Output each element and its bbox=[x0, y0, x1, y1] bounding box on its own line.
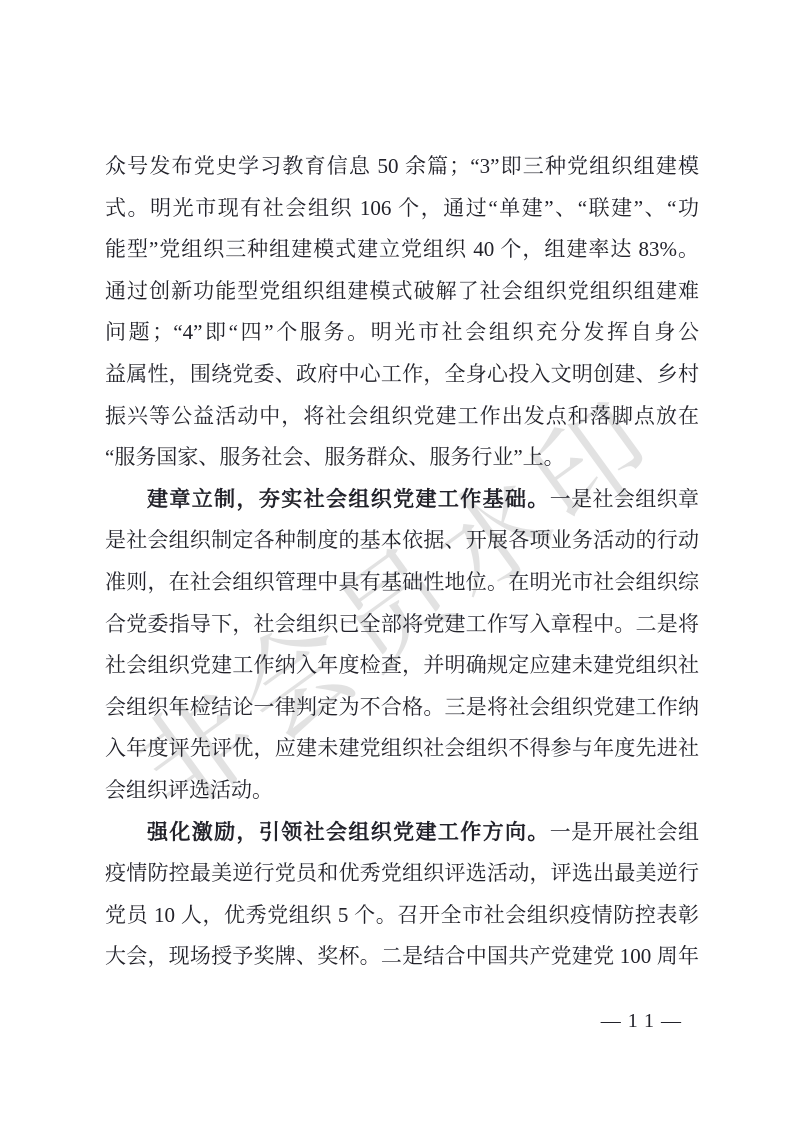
text-line: 益属性，围绕党委、政府中心工作，全身心投入文明创建、乡村 bbox=[105, 354, 699, 396]
heading-run: 建章立制，夯实社会组织党建工作基础。 bbox=[147, 487, 550, 511]
text-run: 社会组织党建工作纳入年度检查，并明确规定应建未建党组织社 bbox=[105, 653, 699, 677]
text-run: 式。明光市现有社会组织 106 个，通过“单建”、“联建”、“功 bbox=[105, 196, 699, 220]
text-line: 振兴等公益活动中，将社会组织党建工作出发点和落脚点放在 bbox=[105, 396, 699, 438]
text-run: 疫情防控最美逆行党员和优秀党组织评选活动，评选出最美逆行 bbox=[105, 861, 699, 885]
text-line: 社会组织党建工作纳入年度检查，并明确规定应建未建党组织社 bbox=[105, 645, 699, 687]
text-line: 是社会组织制定各种制度的基本依据、开展各项业务活动的行动 bbox=[105, 520, 699, 562]
text-run: 振兴等公益活动中，将社会组织党建工作出发点和落脚点放在 bbox=[105, 404, 699, 428]
text-line: 建章立制，夯实社会组织党建工作基础。一是社会组织章程 bbox=[105, 479, 699, 521]
text-line: 会组织评选活动。 bbox=[105, 770, 699, 812]
text-line: 强化激励，引领社会组织党建工作方向。一是开展社会组织 bbox=[105, 812, 699, 854]
heading-run: 强化激励，引领社会组织党建工作方向。 bbox=[147, 820, 550, 844]
page-number: —11— bbox=[601, 1008, 688, 1034]
text-line: 党员 10 人，优秀党组织 5 个。召开全市社会组织疫情防控表彰 bbox=[105, 895, 699, 937]
text-line: 问题；“4”即“四”个服务。明光市社会组织充分发挥自身公 bbox=[105, 312, 699, 354]
text-run: “服务国家、服务社会、服务群众、服务行业”上。 bbox=[105, 445, 565, 469]
document-page: 非会员水印 众号发布党史学习教育信息 50 余篇；“3”即三种党组织组建模式。明… bbox=[0, 0, 794, 1123]
text-line: 能型”党组织三种组建模式建立党组织 40 个，组建率达 83%。 bbox=[105, 229, 699, 271]
text-line: 疫情防控最美逆行党员和优秀党组织评选活动，评选出最美逆行 bbox=[105, 853, 699, 895]
document-body: 众号发布党史学习教育信息 50 余篇；“3”即三种党组织组建模式。明光市现有社会… bbox=[105, 146, 699, 978]
text-run: 党员 10 人，优秀党组织 5 个。召开全市社会组织疫情防控表彰 bbox=[105, 903, 699, 927]
text-line: 合党委指导下，社会组织已全部将党建工作写入章程中。二是将 bbox=[105, 604, 699, 646]
text-run: 会组织评选活动。 bbox=[105, 778, 273, 802]
text-run: 益属性，围绕党委、政府中心工作，全身心投入文明创建、乡村 bbox=[105, 362, 699, 386]
text-run: 通过创新功能型党组织组建模式破解了社会组织党组织组建难 bbox=[105, 279, 699, 303]
text-run: 问题；“4”即“四”个服务。明光市社会组织充分发挥自身公 bbox=[105, 320, 699, 344]
text-line: 入年度评先评优，应建未建党组织社会组织不得参与年度先进社 bbox=[105, 728, 699, 770]
text-run: 会组织年检结论一律判定为不合格。三是将社会组织党建工作纳 bbox=[105, 695, 699, 719]
text-line: “服务国家、服务社会、服务群众、服务行业”上。 bbox=[105, 437, 699, 479]
text-line: 大会，现场授予奖牌、奖杯。二是结合中国共产党建党 100 周年 bbox=[105, 936, 699, 978]
text-run: 入年度评先评优，应建未建党组织社会组织不得参与年度先进社 bbox=[105, 736, 699, 760]
text-run: 大会，现场授予奖牌、奖杯。二是结合中国共产党建党 100 周年 bbox=[105, 944, 699, 968]
text-line: 通过创新功能型党组织组建模式破解了社会组织党组织组建难 bbox=[105, 271, 699, 313]
text-run: 准则，在社会组织管理中具有基础性地位。在明光市社会组织综 bbox=[105, 570, 699, 594]
text-run: 能型”党组织三种组建模式建立党组织 40 个，组建率达 83%。 bbox=[105, 237, 699, 261]
text-line: 准则，在社会组织管理中具有基础性地位。在明光市社会组织综 bbox=[105, 562, 699, 604]
text-run: 合党委指导下，社会组织已全部将党建工作写入章程中。二是将 bbox=[105, 612, 699, 636]
text-line: 众号发布党史学习教育信息 50 余篇；“3”即三种党组织组建模 bbox=[105, 146, 699, 188]
text-run: 众号发布党史学习教育信息 50 余篇；“3”即三种党组织组建模 bbox=[105, 154, 699, 178]
text-run: 是社会组织制定各种制度的基本依据、开展各项业务活动的行动 bbox=[105, 528, 699, 552]
text-line: 式。明光市现有社会组织 106 个，通过“单建”、“联建”、“功 bbox=[105, 188, 699, 230]
text-line: 会组织年检结论一律判定为不合格。三是将社会组织党建工作纳 bbox=[105, 687, 699, 729]
